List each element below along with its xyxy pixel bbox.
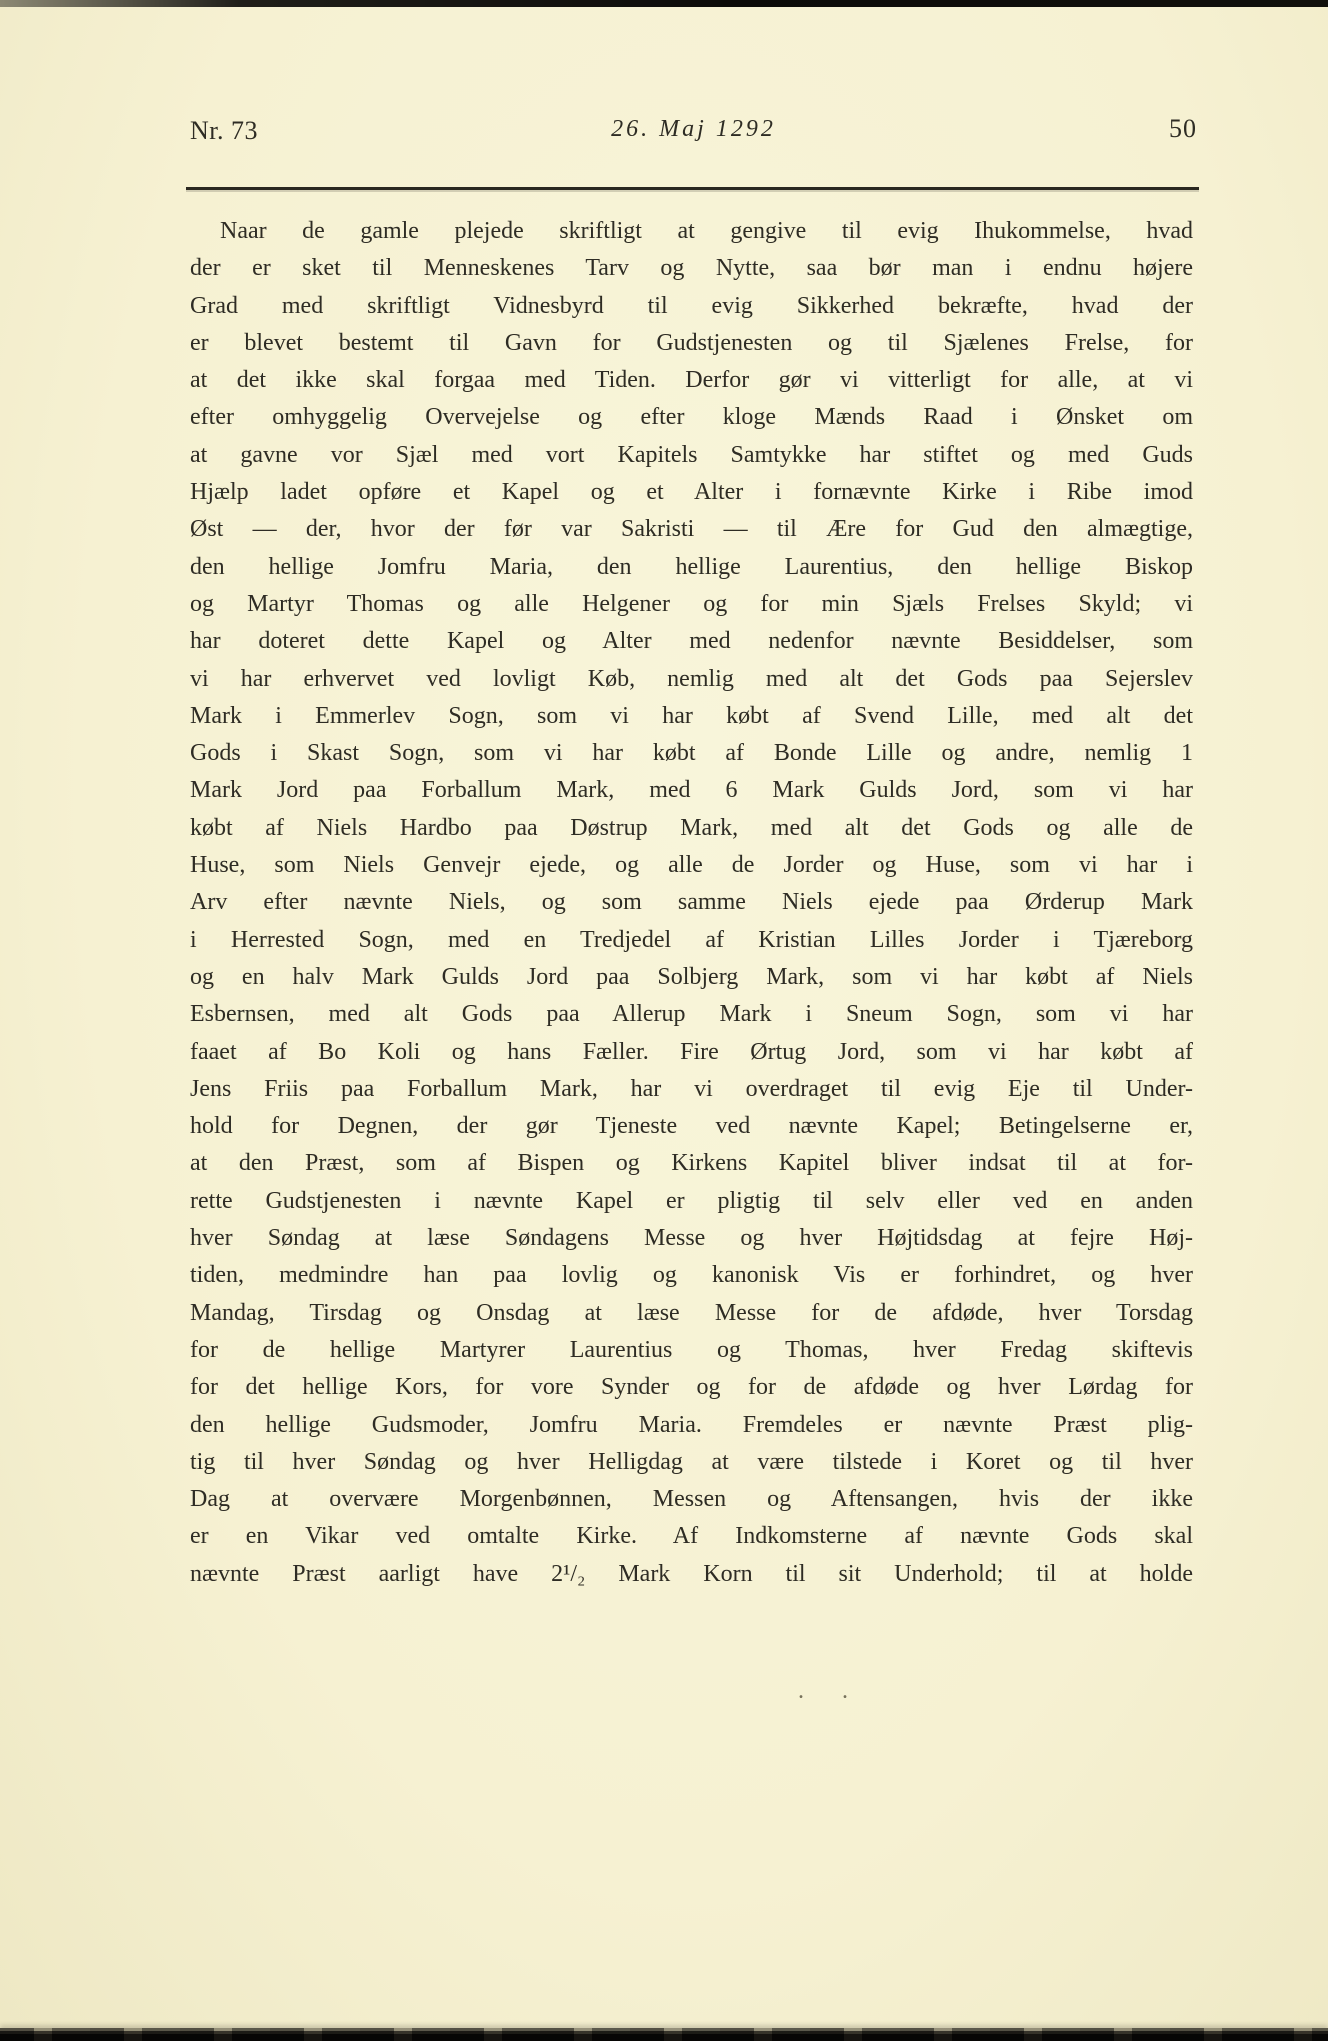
document-text: Naar de gamle plejede skriftligt at geng… xyxy=(190,213,1193,1593)
scan-edge-top xyxy=(0,0,1328,7)
text-line: Arv efter nævnte Niels, og som samme Nie… xyxy=(190,884,1193,921)
text-line: rette Gudstjenesten i nævnte Kapel er pl… xyxy=(190,1183,1193,1220)
scan-specks: . . xyxy=(798,1678,864,1705)
text-line: Esbernsen, med alt Gods paa Allerup Mark… xyxy=(190,996,1193,1033)
text-line: at den Præst, som af Bispen og Kirkens K… xyxy=(190,1145,1193,1182)
document-date: 26. Maj 1292 xyxy=(190,116,1197,143)
text-line: er blevet bestemt til Gavn for Gudstjene… xyxy=(190,325,1193,362)
text-line: Gods i Skast Sogn, som vi har købt af Bo… xyxy=(190,735,1193,772)
text-line: faaet af Bo Koli og hans Fæller. Fire Ør… xyxy=(190,1034,1193,1071)
page-header: Nr. 73 26. Maj 1292 50 xyxy=(190,112,1197,152)
text-line: der er sket til Menneskenes Tarv og Nytt… xyxy=(190,250,1193,287)
text-line: Jens Friis paa Forballum Mark, har vi ov… xyxy=(190,1071,1193,1108)
scan-edge-bottom xyxy=(0,2028,1328,2041)
text-line: er en Vikar ved omtalte Kirke. Af Indkom… xyxy=(190,1518,1193,1555)
text-line: Grad med skriftligt Vidnesbyrd til evig … xyxy=(190,288,1193,325)
text-line: tiden, medmindre han paa lovlig og kanon… xyxy=(190,1257,1193,1294)
text-line: den hellige Gudsmoder, Jomfru Maria. Fre… xyxy=(190,1407,1193,1444)
header-rule xyxy=(186,187,1199,190)
text-line: Dag at overvære Morgenbønnen, Messen og … xyxy=(190,1481,1193,1518)
text-line: Hjælp ladet opføre et Kapel og et Alter … xyxy=(190,474,1193,511)
text-line: Mark i Emmerlev Sogn, som vi har købt af… xyxy=(190,698,1193,735)
text-line: hver Søndag at læse Søndagens Messe og h… xyxy=(190,1220,1193,1257)
text-line: Øst — der, hvor der før var Sakristi — t… xyxy=(190,511,1193,548)
text-line: Mark Jord paa Forballum Mark, med 6 Mark… xyxy=(190,772,1193,809)
text-line: Naar de gamle plejede skriftligt at geng… xyxy=(190,213,1193,250)
text-line: den hellige Jomfru Maria, den hellige La… xyxy=(190,549,1193,586)
text-line: har doteret dette Kapel og Alter med ned… xyxy=(190,623,1193,660)
text-line: Mandag, Tirsdag og Onsdag at læse Messe … xyxy=(190,1295,1193,1332)
text-line: i Herrested Sogn, med en Tredjedel af Kr… xyxy=(190,922,1193,959)
text-line: Huse, som Niels Genvejr ejede, og alle d… xyxy=(190,847,1193,884)
text-line: tig til hver Søndag og hver Helligdag at… xyxy=(190,1444,1193,1481)
text-line: at det ikke skal forgaa med Tiden. Derfo… xyxy=(190,362,1193,399)
text-line: for de hellige Martyrer Laurentius og Th… xyxy=(190,1332,1193,1369)
text-line: vi har erhvervet ved lovligt Køb, nemlig… xyxy=(190,661,1193,698)
text-line: nævnte Præst aarligt have 2¹/₂ Mark Korn… xyxy=(190,1556,1193,1593)
text-line: hold for Degnen, der gør Tjeneste ved næ… xyxy=(190,1108,1193,1145)
text-line: og Martyr Thomas og alle Helgener og for… xyxy=(190,586,1193,623)
text-line: efter omhyggelig Overvejelse og efter kl… xyxy=(190,399,1193,436)
text-line: for det hellige Kors, for vore Synder og… xyxy=(190,1369,1193,1406)
text-line: købt af Niels Hardbo paa Døstrup Mark, m… xyxy=(190,810,1193,847)
text-line: at gavne vor Sjæl med vort Kapitels Samt… xyxy=(190,437,1193,474)
text-line: og en halv Mark Gulds Jord paa Solbjerg … xyxy=(190,959,1193,996)
page-number: 50 xyxy=(1169,114,1197,144)
